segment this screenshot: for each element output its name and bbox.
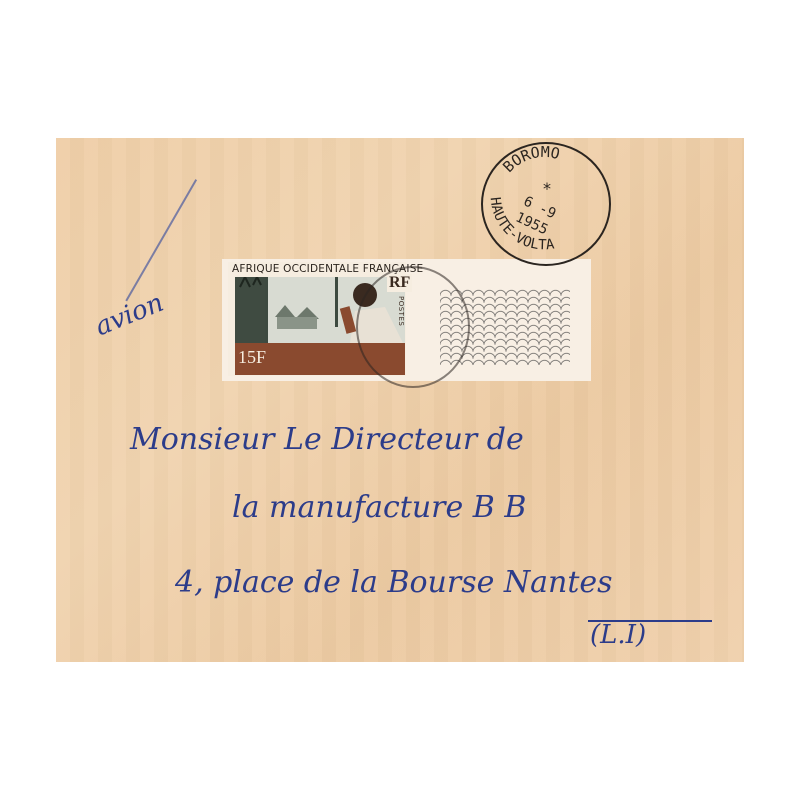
svg-text:*: * xyxy=(543,179,551,198)
address-line-2: la manufacture B B xyxy=(232,490,526,525)
address-department: (L.I) xyxy=(590,620,646,650)
stamp-value: 15F xyxy=(238,347,266,368)
svg-text:BOROMO: BOROMO xyxy=(499,143,561,176)
address-line-3: 4, place de la Bourse Nantes xyxy=(175,565,613,600)
address-line-1: Monsieur Le Directeur de xyxy=(130,422,524,457)
postmark-on-stamp xyxy=(356,266,470,388)
postmark-text: BOROMO HAUTE-VOLTA * 6 -9 1955 xyxy=(481,142,607,262)
